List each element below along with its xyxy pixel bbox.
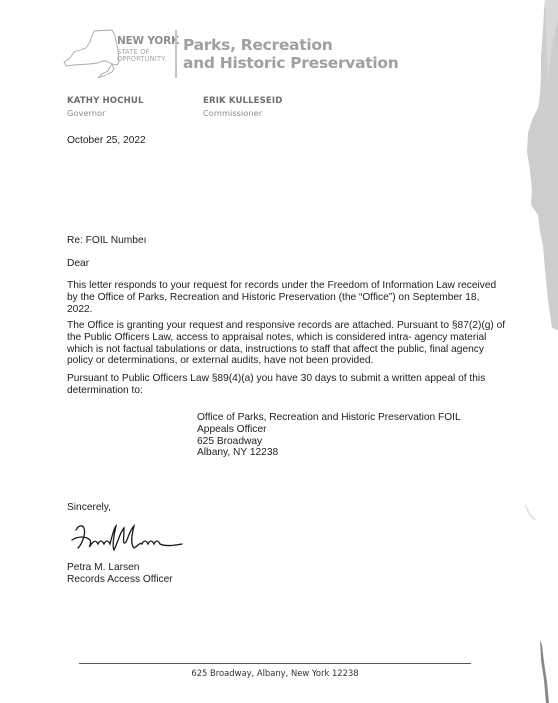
commissioner-block: ERIK KULLESEID Commissioner — [203, 97, 282, 117]
letter-date: October 25, 2022 — [67, 135, 146, 147]
state-wordmark: NEW YORK STATE OF OPPORTUNITY. — [117, 36, 179, 63]
agency-name: Parks, Recreation and Historic Preservat… — [183, 36, 398, 72]
paragraph-appeal-rights: Pursuant to Public Officers Law §89(4)(a… — [67, 373, 507, 397]
appeal-address-line: Appeals Officer — [197, 424, 461, 436]
signature-image — [68, 518, 188, 558]
agency-name-line1: Parks, Recreation — [183, 36, 398, 54]
agency-name-line2: and Historic Preservation — [183, 54, 398, 72]
signer-title: Records Access Officer — [67, 574, 173, 586]
paragraph-request-granted: The Office is granting your request and … — [67, 320, 507, 367]
paragraph-request-received: This letter responds to your request for… — [67, 280, 507, 315]
salutation: Dear — [67, 258, 89, 270]
letterhead-divider — [175, 30, 177, 78]
footer-address-text: 625 Broadway, Albany, New York 12238 — [191, 668, 358, 678]
governor-name: KATHY HOCHUL — [67, 97, 144, 106]
state-tagline-line2: OPPORTUNITY. — [117, 56, 179, 63]
state-name: NEW YORK — [117, 36, 179, 47]
letter-page: NEW YORK STATE OF OPPORTUNITY. Parks, Re… — [0, 0, 558, 703]
appeal-address-line: Office of Parks, Recreation and Historic… — [197, 412, 461, 424]
governor-block: KATHY HOCHUL Governor — [67, 97, 144, 117]
closing: Sincerely, — [67, 502, 111, 514]
signer-block: Petra M. Larsen Records Access Officer — [67, 562, 173, 586]
signer-name: Petra M. Larsen — [67, 562, 173, 574]
new-york-state-outline-icon — [62, 28, 122, 80]
governor-title: Governor — [67, 109, 144, 117]
subject-line: Re: FOIL Numbeı — [67, 235, 146, 247]
commissioner-title: Commissioner — [203, 109, 282, 117]
appeal-address-line: 625 Broadway — [197, 436, 461, 448]
commissioner-name: ERIK KULLESEID — [203, 97, 282, 106]
appeal-address: Office of Parks, Recreation and Historic… — [197, 412, 461, 459]
footer-divider — [79, 663, 471, 664]
state-tagline-line1: STATE OF — [117, 49, 179, 56]
footer-address: 625 Broadway, Albany, New York 12238 — [0, 668, 558, 678]
appeal-address-line: Albany, NY 12238 — [197, 447, 461, 459]
